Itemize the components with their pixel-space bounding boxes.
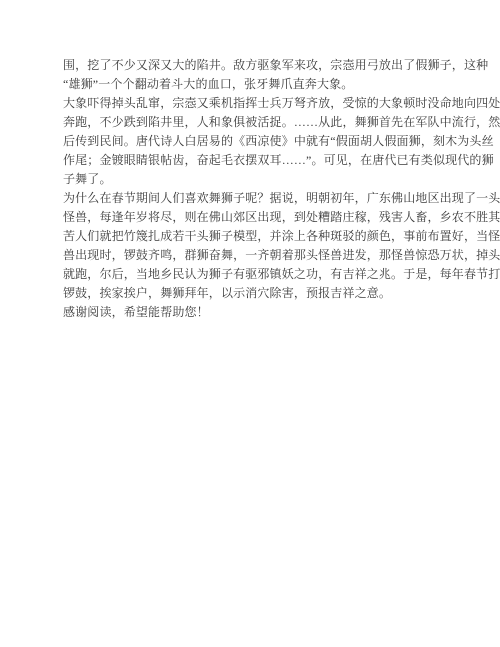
text-line: 围，挖了不少又深又大的陷井。敌方驱象军来攻，宗悫用弓放出了假狮子，这种 <box>63 56 441 75</box>
text-line: 锣鼓，挨家挨户，舞狮拜年，以示消穴除害，预报吉祥之意。 <box>63 284 441 303</box>
text-line: 感谢阅读，希望能帮助您！ <box>63 303 441 322</box>
document-page: 围，挖了不少又深又大的陷井。敌方驱象军来攻，宗悫用弓放出了假狮子，这种“雄狮”一… <box>0 0 500 647</box>
text-line: 兽出现时，锣鼓齐鸣，群狮奋舞，一齐朝着那头怪兽进发，那怪兽惊恐万状，掉头 <box>63 246 441 265</box>
text-line: 为什么在春节期间人们喜欢舞狮子呢？据说，明朝初年，广东佛山地区出现了一头 <box>63 189 441 208</box>
text-line: 子舞了。 <box>63 170 441 189</box>
paragraph: 围，挖了不少又深又大的陷井。敌方驱象军来攻，宗悫用弓放出了假狮子，这种“雄狮”一… <box>63 56 441 94</box>
paragraph: 感谢阅读，希望能帮助您！ <box>63 303 441 322</box>
text-line: 怪兽，每逢年岁将尽，则在佛山郊区出现，到处糟踏庄稼，残害人畜，乡农不胜其 <box>63 208 441 227</box>
text-line: 奔跑，不少跌到陷井里，人和象俱被活捉。……从此，舞狮首先在军队中流行，然 <box>63 113 441 132</box>
paragraph: 大象吓得掉头乱窜，宗悫又乘机指挥士兵万弩齐放，受惊的大象顿时没命地向四处奔跑，不… <box>63 94 441 189</box>
text-line: 后传到民间。唐代诗人白居易的《西凉使》中就有“假面胡人假面狮，刻木为头丝 <box>63 132 441 151</box>
paragraph: 为什么在春节期间人们喜欢舞狮子呢？据说，明朝初年，广东佛山地区出现了一头怪兽，每… <box>63 189 441 303</box>
text-line: “雄狮”一个个翻动着斗大的血口，张牙舞爪直奔大象。 <box>63 75 441 94</box>
text-line: 苦人们就把竹篾扎成若干头狮子模型，并涂上各种斑驳的颜色，事前布置好，当怪 <box>63 227 441 246</box>
text-line: 就跑，尔后，当地乡民认为狮子有驱邪镇妖之功，有吉祥之兆。于是，每年春节打 <box>63 265 441 284</box>
document-body: 围，挖了不少又深又大的陷井。敌方驱象军来攻，宗悫用弓放出了假狮子，这种“雄狮”一… <box>63 56 441 322</box>
text-line: 大象吓得掉头乱窜，宗悫又乘机指挥士兵万弩齐放，受惊的大象顿时没命地向四处 <box>63 94 441 113</box>
text-line: 作尾；金镀眼睛银帖齿，奋起毛衣摆双耳……”。可见，在唐代已有类似现代的狮 <box>63 151 441 170</box>
